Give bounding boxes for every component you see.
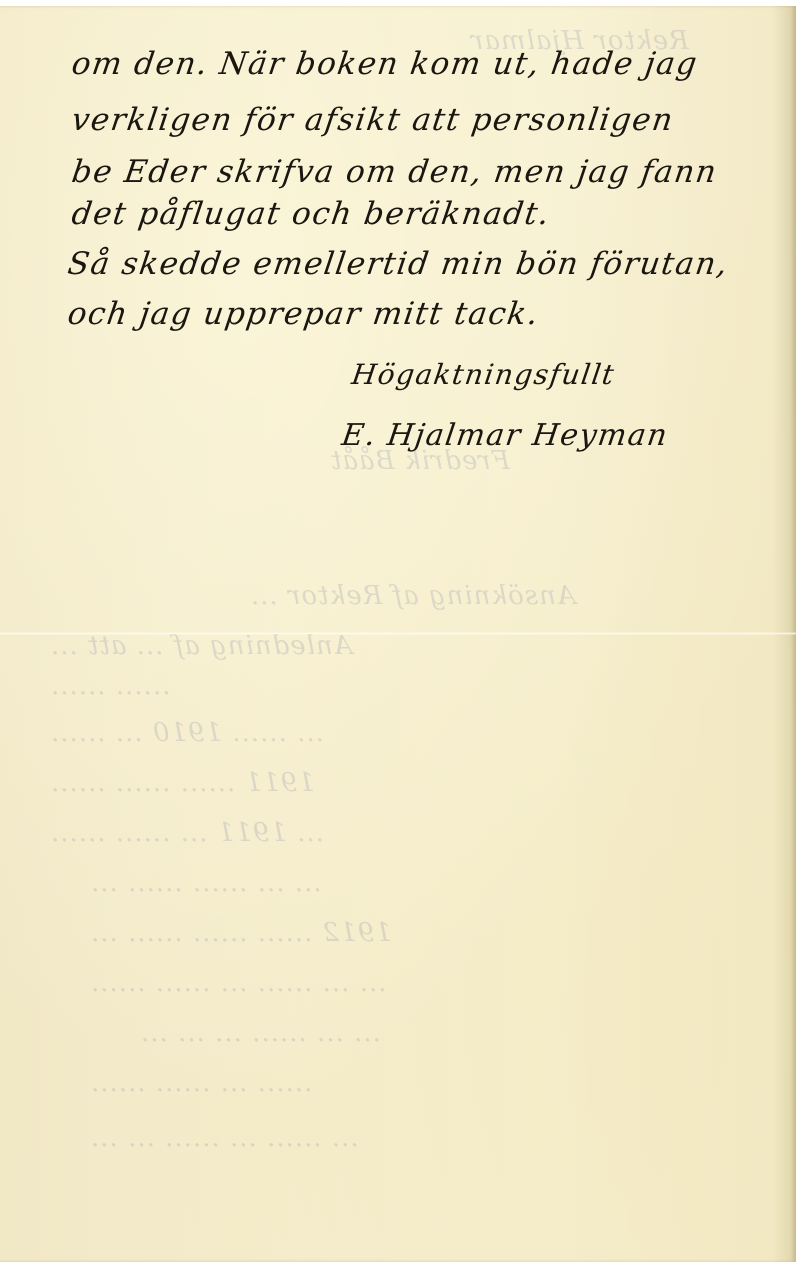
- bleed-through-line: ... 1911 ... ...... ......: [50, 818, 324, 848]
- letter-signature: E. Hjalmar Heyman: [340, 418, 671, 453]
- bleed-through-line: 1912 ...... ...... ...... ...: [90, 918, 392, 948]
- letter-line-6: och jag upprepar mitt tack.: [65, 296, 541, 332]
- bleed-through-line: 1911 ...... ...... ......: [50, 768, 315, 798]
- bleed-through-line: ... ...... ... ...... ... ...: [90, 1123, 359, 1153]
- letter-page: Rektor Hjalmar Fredrik Bååt Ansökning af…: [0, 6, 796, 1262]
- bleed-through-line: ... ... ...... ... ... ...: [140, 1018, 381, 1048]
- letter-line-2: verkligen för afsikt att personligen: [69, 102, 676, 138]
- letter-line-3: be Eder skrifva om den, men jag fann: [69, 154, 719, 190]
- letter-line-1: om den. När boken kom ut, hade jag: [69, 46, 700, 82]
- bleed-through-line: Anledning af ... att ...: [50, 631, 352, 661]
- bleed-through-line: ... ...... 1910 ... ......: [50, 718, 324, 748]
- letter-line-4: det påflugat och beräknadt.: [69, 196, 552, 232]
- paper-fold-line: [0, 632, 796, 635]
- bleed-through-line: Ansökning af Rektor ...: [250, 581, 576, 611]
- bleed-through-line: ...... ......: [50, 671, 170, 701]
- letter-line-5: Så skedde emellertid min bön förutan,: [65, 246, 730, 282]
- bleed-through-line: ... ... ...... ...... ...: [90, 868, 322, 898]
- letter-closing: Högaktningsfullt: [350, 358, 618, 391]
- bleed-through-line: ...... ... ...... ......: [90, 1068, 312, 1098]
- bleed-through-line: ... ... ...... ... ...... ......: [90, 968, 386, 998]
